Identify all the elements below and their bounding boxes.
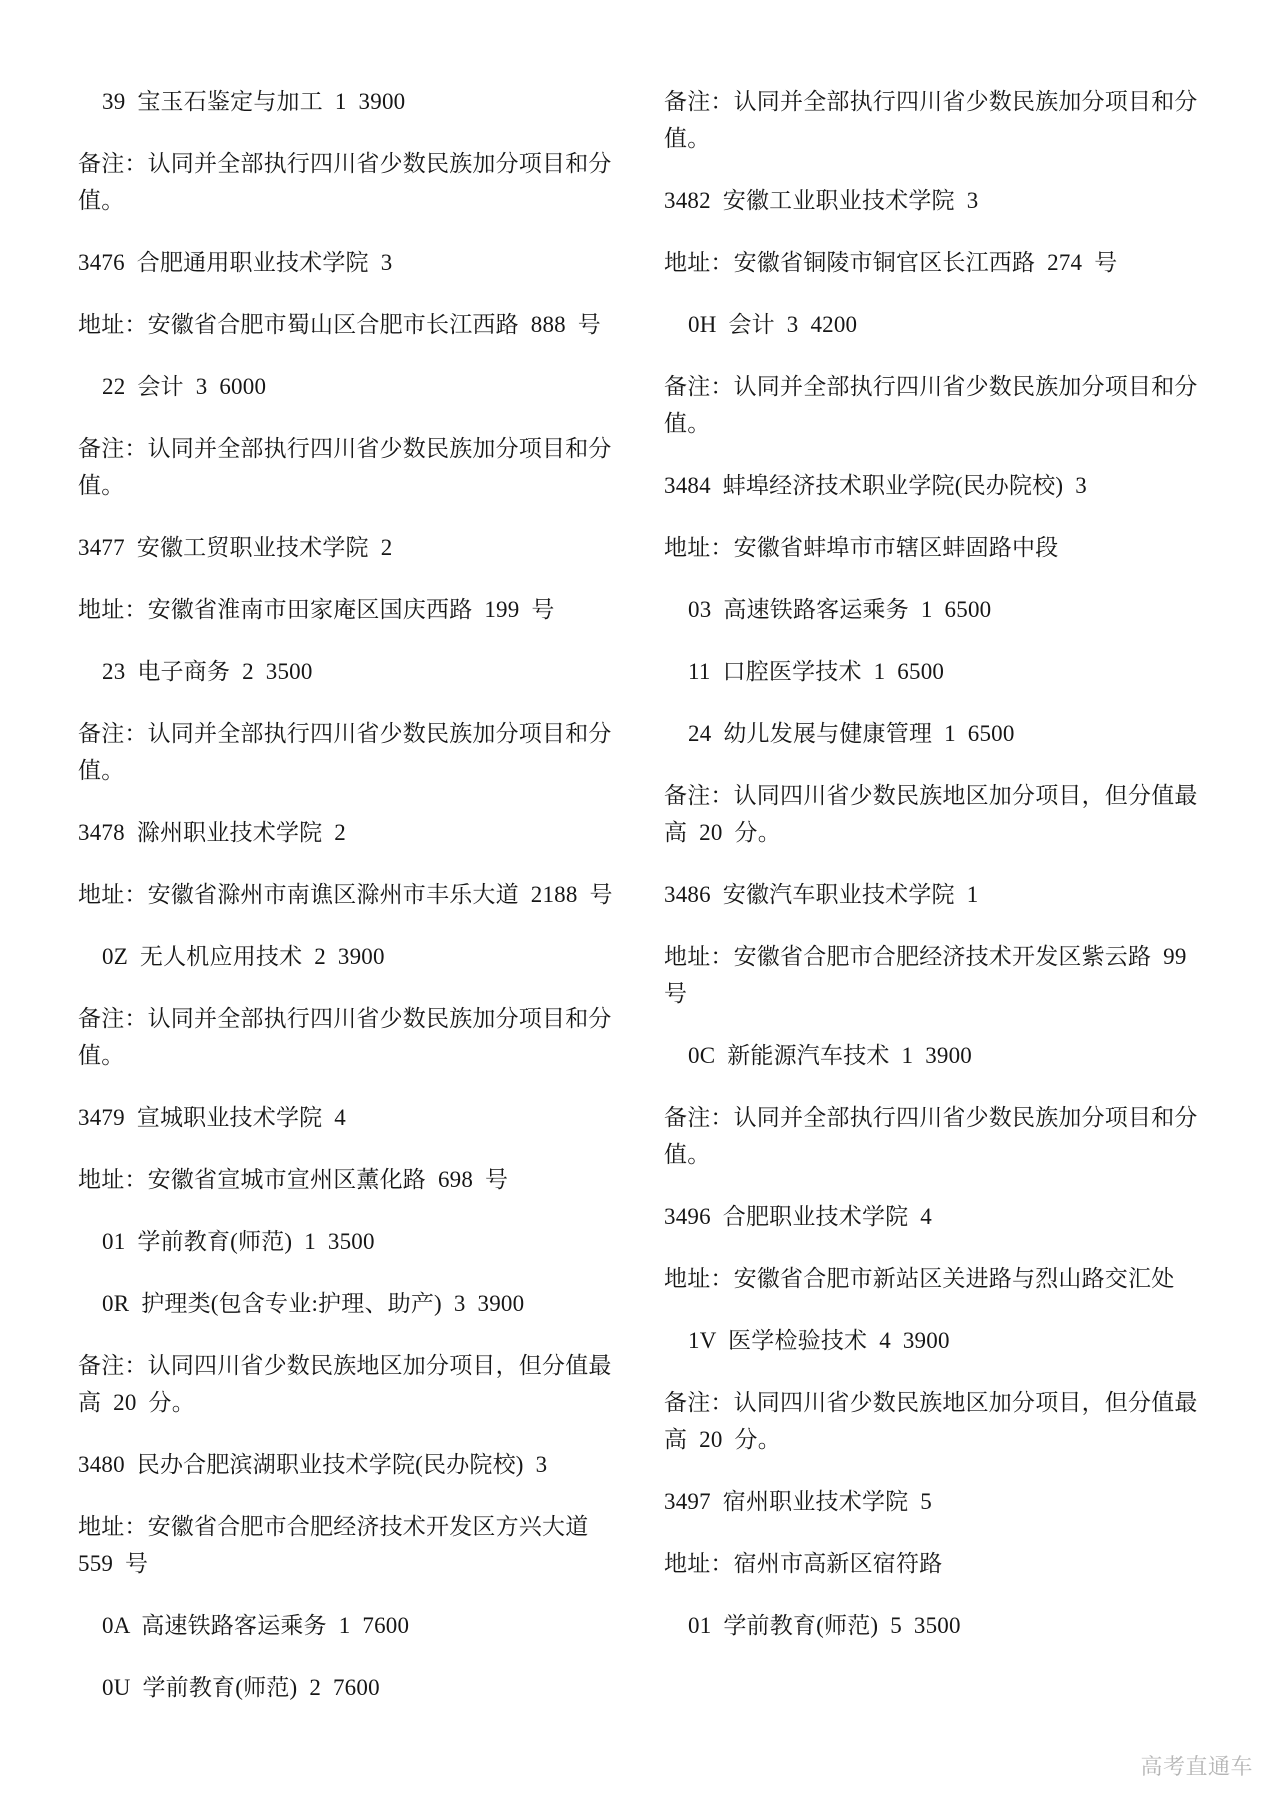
text-line: 03 高速铁路客运乘务 1 6500 — [688, 591, 1201, 628]
major-line: 0R 护理类(包含专业:护理、助产) 3 3900 — [78, 1285, 626, 1322]
school-line: 3496 合肥职业技术学院 4 — [664, 1198, 1201, 1235]
text-line: 地址：安徽省铜陵市铜官区长江西路 274 号 — [664, 244, 1201, 281]
text-line: 值。 — [664, 405, 1201, 442]
text-line: 22 会计 3 6000 — [102, 368, 626, 405]
text-line: 备注：认同并全部执行四川省少数民族加分项目和分 — [664, 83, 1201, 120]
school-line: 3477 安徽工贸职业技术学院 2 — [78, 529, 626, 566]
remark-line: 备注：认同并全部执行四川省少数民族加分项目和分值。 — [664, 83, 1201, 157]
address-line: 地址：安徽省合肥市合肥经济技术开发区紫云路 99号 — [664, 938, 1201, 1012]
address-line: 地址：安徽省合肥市合肥经济技术开发区方兴大道559 号 — [78, 1508, 626, 1582]
text-line: 号 — [664, 975, 1201, 1012]
text-line: 3482 安徽工业职业技术学院 3 — [664, 182, 1201, 219]
watermark: 高考直通车 — [1140, 1755, 1253, 1779]
major-line: 01 学前教育(师范) 1 3500 — [78, 1223, 626, 1260]
major-line: 0C 新能源汽车技术 1 3900 — [664, 1037, 1201, 1074]
text-line: 0C 新能源汽车技术 1 3900 — [688, 1037, 1201, 1074]
text-line: 3484 蚌埠经济技术职业学院(民办院校) 3 — [664, 467, 1201, 504]
text-line: 3477 安徽工贸职业技术学院 2 — [78, 529, 626, 566]
text-line: 备注：认同并全部执行四川省少数民族加分项目和分 — [78, 145, 626, 182]
right-column: 备注：认同并全部执行四川省少数民族加分项目和分值。3482 安徽工业职业技术学院… — [664, 83, 1201, 1669]
text-line: 值。 — [664, 120, 1201, 157]
text-line: 0Z 无人机应用技术 2 3900 — [102, 938, 626, 975]
text-line: 0U 学前教育(师范) 2 7600 — [102, 1669, 626, 1706]
school-line: 3497 宿州职业技术学院 5 — [664, 1483, 1201, 1520]
text-line: 地址：安徽省合肥市蜀山区合肥市长江西路 888 号 — [78, 306, 626, 343]
address-line: 地址：安徽省合肥市蜀山区合肥市长江西路 888 号 — [78, 306, 626, 343]
text-line: 备注：认同并全部执行四川省少数民族加分项目和分 — [78, 1000, 626, 1037]
text-line: 559 号 — [78, 1545, 626, 1582]
text-line: 备注：认同并全部执行四川省少数民族加分项目和分 — [78, 430, 626, 467]
text-line: 备注：认同四川省少数民族地区加分项目，但分值最 — [664, 777, 1201, 814]
major-line: 0U 学前教育(师范) 2 7600 — [78, 1669, 626, 1706]
address-line: 地址：安徽省合肥市新站区关进路与烈山路交汇处 — [664, 1260, 1201, 1297]
school-line: 3486 安徽汽车职业技术学院 1 — [664, 876, 1201, 913]
remark-line: 备注：认同四川省少数民族地区加分项目，但分值最高 20 分。 — [78, 1347, 626, 1421]
major-line: 03 高速铁路客运乘务 1 6500 — [664, 591, 1201, 628]
address-line: 地址：安徽省宣城市宣州区薰化路 698 号 — [78, 1161, 626, 1198]
text-line: 值。 — [78, 467, 626, 504]
text-line: 备注：认同四川省少数民族地区加分项目，但分值最 — [664, 1384, 1201, 1421]
school-line: 3478 滁州职业技术学院 2 — [78, 814, 626, 851]
text-line: 39 宝玉石鉴定与加工 1 3900 — [102, 83, 626, 120]
remark-line: 备注：认同并全部执行四川省少数民族加分项目和分值。 — [78, 715, 626, 789]
remark-line: 备注：认同四川省少数民族地区加分项目，但分值最高 20 分。 — [664, 1384, 1201, 1458]
major-line: 0Z 无人机应用技术 2 3900 — [78, 938, 626, 975]
text-line: 高 20 分。 — [78, 1384, 626, 1421]
text-line: 0R 护理类(包含专业:护理、助产) 3 3900 — [102, 1285, 626, 1322]
text-line: 0H 会计 3 4200 — [688, 306, 1201, 343]
text-line: 3486 安徽汽车职业技术学院 1 — [664, 876, 1201, 913]
text-line: 备注：认同四川省少数民族地区加分项目，但分值最 — [78, 1347, 626, 1384]
remark-line: 备注：认同并全部执行四川省少数民族加分项目和分值。 — [78, 430, 626, 504]
text-line: 备注：认同并全部执行四川省少数民族加分项目和分 — [664, 1099, 1201, 1136]
major-line: 24 幼儿发展与健康管理 1 6500 — [664, 715, 1201, 752]
address-line: 地址：安徽省淮南市田家庵区国庆西路 199 号 — [78, 591, 626, 628]
major-line: 0A 高速铁路客运乘务 1 7600 — [78, 1607, 626, 1644]
text-line: 3478 滁州职业技术学院 2 — [78, 814, 626, 851]
text-line: 地址：宿州市高新区宿符路 — [664, 1545, 1201, 1582]
text-line: 3497 宿州职业技术学院 5 — [664, 1483, 1201, 1520]
text-line: 24 幼儿发展与健康管理 1 6500 — [688, 715, 1201, 752]
remark-line: 备注：认同并全部执行四川省少数民族加分项目和分值。 — [78, 145, 626, 219]
address-line: 地址：安徽省铜陵市铜官区长江西路 274 号 — [664, 244, 1201, 281]
text-line: 地址：安徽省滁州市南谯区滁州市丰乐大道 2188 号 — [78, 876, 626, 913]
major-line: 01 学前教育(师范) 5 3500 — [664, 1607, 1201, 1644]
text-line: 地址：安徽省宣城市宣州区薰化路 698 号 — [78, 1161, 626, 1198]
text-line: 值。 — [78, 752, 626, 789]
text-line: 0A 高速铁路客运乘务 1 7600 — [102, 1607, 626, 1644]
address-line: 地址：安徽省滁州市南谯区滁州市丰乐大道 2188 号 — [78, 876, 626, 913]
major-line: 1V 医学检验技术 4 3900 — [664, 1322, 1201, 1359]
text-line: 备注：认同并全部执行四川省少数民族加分项目和分 — [664, 368, 1201, 405]
school-line: 3484 蚌埠经济技术职业学院(民办院校) 3 — [664, 467, 1201, 504]
text-line: 3480 民办合肥滨湖职业技术学院(民办院校) 3 — [78, 1446, 626, 1483]
text-line: 01 学前教育(师范) 1 3500 — [102, 1223, 626, 1260]
school-line: 3482 安徽工业职业技术学院 3 — [664, 182, 1201, 219]
left-column: 39 宝玉石鉴定与加工 1 3900备注：认同并全部执行四川省少数民族加分项目和… — [78, 83, 626, 1731]
text-line: 3476 合肥通用职业技术学院 3 — [78, 244, 626, 281]
text-line: 11 口腔医学技术 1 6500 — [688, 653, 1201, 690]
text-line: 3479 宣城职业技术学院 4 — [78, 1099, 626, 1136]
text-line: 01 学前教育(师范) 5 3500 — [688, 1607, 1201, 1644]
document-page: 39 宝玉石鉴定与加工 1 3900备注：认同并全部执行四川省少数民族加分项目和… — [0, 0, 1280, 1810]
school-line: 3476 合肥通用职业技术学院 3 — [78, 244, 626, 281]
text-line: 3496 合肥职业技术学院 4 — [664, 1198, 1201, 1235]
remark-line: 备注：认同并全部执行四川省少数民族加分项目和分值。 — [664, 368, 1201, 442]
text-line: 地址：安徽省合肥市新站区关进路与烈山路交汇处 — [664, 1260, 1201, 1297]
text-line: 1V 医学检验技术 4 3900 — [688, 1322, 1201, 1359]
remark-line: 备注：认同并全部执行四川省少数民族加分项目和分值。 — [664, 1099, 1201, 1173]
major-line: 22 会计 3 6000 — [78, 368, 626, 405]
text-line: 值。 — [664, 1136, 1201, 1173]
text-line: 23 电子商务 2 3500 — [102, 653, 626, 690]
major-line: 39 宝玉石鉴定与加工 1 3900 — [78, 83, 626, 120]
major-line: 11 口腔医学技术 1 6500 — [664, 653, 1201, 690]
text-line: 地址：安徽省合肥市合肥经济技术开发区紫云路 99 — [664, 938, 1201, 975]
remark-line: 备注：认同并全部执行四川省少数民族加分项目和分值。 — [78, 1000, 626, 1074]
school-line: 3479 宣城职业技术学院 4 — [78, 1099, 626, 1136]
text-line: 高 20 分。 — [664, 814, 1201, 851]
text-line: 备注：认同并全部执行四川省少数民族加分项目和分 — [78, 715, 626, 752]
text-line: 值。 — [78, 1037, 626, 1074]
text-line: 高 20 分。 — [664, 1421, 1201, 1458]
remark-line: 备注：认同四川省少数民族地区加分项目，但分值最高 20 分。 — [664, 777, 1201, 851]
text-line: 地址：安徽省淮南市田家庵区国庆西路 199 号 — [78, 591, 626, 628]
text-line: 值。 — [78, 182, 626, 219]
major-line: 23 电子商务 2 3500 — [78, 653, 626, 690]
text-line: 地址：安徽省蚌埠市市辖区蚌固路中段 — [664, 529, 1201, 566]
school-line: 3480 民办合肥滨湖职业技术学院(民办院校) 3 — [78, 1446, 626, 1483]
text-line: 地址：安徽省合肥市合肥经济技术开发区方兴大道 — [78, 1508, 626, 1545]
address-line: 地址：宿州市高新区宿符路 — [664, 1545, 1201, 1582]
major-line: 0H 会计 3 4200 — [664, 306, 1201, 343]
address-line: 地址：安徽省蚌埠市市辖区蚌固路中段 — [664, 529, 1201, 566]
